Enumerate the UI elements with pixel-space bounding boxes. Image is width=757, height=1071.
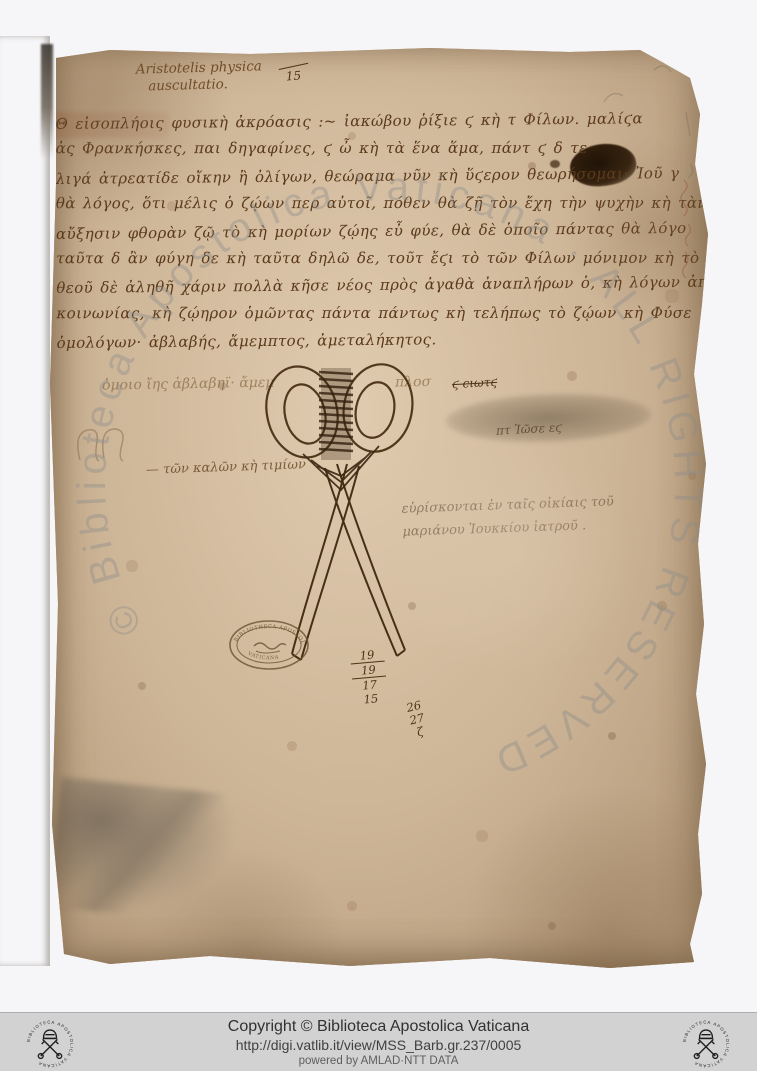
- greek-text-block: Θ εἰσοπλήοις φυσικὴ ἀκρόασις :~ ἰακώβου …: [55, 106, 674, 356]
- library-stamp: BIBLIOTHECA APOSTOLICA VATICANA: [226, 616, 312, 674]
- footer-caption: Copyright © Biblioteca Apostolica Vatica…: [228, 1017, 529, 1069]
- manuscript-page: Aristotelis physica auscultatio. 15 Θ εἰ…: [50, 44, 708, 968]
- erased-note-line2: πτ Ἰῶσε εϛ: [496, 420, 563, 437]
- latin-title-line1: Aristotelis physica: [136, 58, 262, 78]
- gutter-shadow: [41, 44, 53, 159]
- stamp-arc-bottom: VATICANA: [246, 650, 280, 661]
- greek-text-line: ταῦτα δ ἂν φύγη δε κὴ ταῦτα δηλῶ δε, τοῦ…: [56, 245, 674, 273]
- svg-text:BIBLIOTECA APOSTOLICA VATICANA: BIBLIOTECA APOSTOLICA VATICANA: [682, 1020, 731, 1069]
- greek-text-line: ἀς Φρανκήσκες, παι δηγαφίνες, ϛ ὦ κὴ τὰ …: [56, 135, 674, 163]
- location-note: εὑρίσκονται ἐν ταῖς οἰκίαις τοῦ μαριάνου…: [401, 490, 615, 543]
- greek-text-line: Θ εἰσοπλήοις φυσικὴ ἀκρόασις :~ ἰακώβου …: [55, 105, 673, 138]
- book-spine: [0, 36, 50, 966]
- charcoal-smudge: [48, 777, 241, 925]
- erased-smear: [445, 390, 652, 445]
- ghost-line-left: ὁμοιο ἴης ἀβλαβηϊ· ἄμεμ: [102, 375, 275, 394]
- greek-text-line: θὰ λόγος, ὅτι μέλις ὁ ζῴων περ αὐτοῖ, πό…: [56, 190, 674, 218]
- numeral-scribble: 2627ζ: [398, 697, 437, 742]
- shelfmark-fraction: 15: [277, 55, 309, 84]
- digitized-manuscript-viewer: Aristotelis physica auscultatio. 15 Θ εἰ…: [0, 0, 757, 1071]
- svg-text:BIBLIOTECA APOSTOLICA VATICANA: BIBLIOTECA APOSTOLICA VATICANA: [26, 1020, 75, 1069]
- greek-text-line: ὁμολόγων· ἀβλαβής, ἄμεμπτος, ἀμεταλήκητο…: [56, 324, 674, 357]
- crossed-keys-tiara-emblem: [38, 1030, 61, 1058]
- footer-powered-by: powered by AMLAD·NTT DATA: [228, 1054, 529, 1068]
- vatican-library-logo-left: BIBLIOTECA APOSTOLICA VATICANA: [25, 1019, 75, 1069]
- numeral: 15: [353, 690, 388, 707]
- crossed-keys-tiara-emblem: [694, 1030, 717, 1058]
- stamp-arc-top: BIBLIOTHECA APOSTOLICA: [226, 616, 306, 645]
- footer-copyright: Copyright © Biblioteca Apostolica Vatica…: [228, 1017, 529, 1037]
- greek-text-line: αὔξησιν φθορὰν ζῷ τὸ κὴ μορίων ζῴης εὖ φ…: [56, 215, 674, 248]
- blades: [292, 464, 405, 660]
- erased-note-line1: ϛ ϲιωτϛ: [452, 375, 498, 391]
- latin-title: Aristotelis physica auscultatio.: [136, 58, 263, 95]
- latin-title-line2: auscultatio.: [148, 75, 262, 95]
- footer-manuscript-url: http://digi.vatlib.it/view/MSS_Barb.gr.2…: [228, 1037, 529, 1055]
- pencil-loops-doodle: [70, 416, 142, 478]
- svg-text:VATICANA: VATICANA: [246, 650, 280, 661]
- chevron-binding: [303, 446, 379, 490]
- greek-text-line: λιγά ἀτρεατίδε οἴκην ἢ ὀλίγων, θεώραμα ν…: [56, 160, 674, 193]
- greek-text-line: θεοῦ δὲ ἀληθῆ χάριν πολλὰ κῆσε νέος πρὸς…: [56, 269, 674, 302]
- svg-text:BIBLIOTHECA APOSTOLICA: BIBLIOTHECA APOSTOLICA: [226, 616, 306, 645]
- left-margin-note: — τῶν καλῶν κὴ τιμίων: [146, 457, 306, 478]
- numeral-stack: 19191715: [350, 647, 389, 708]
- greek-text-line: κοινωνίας, κὴ ζῴηρον ὁμῶντας πάντα πάντω…: [56, 300, 674, 328]
- vatican-library-logo-right: BIBLIOTECA APOSTOLICA VATICANA: [681, 1019, 731, 1069]
- viewer-footer: BIBLIOTECA APOSTOLICA VATICANA Copyright…: [0, 1012, 757, 1071]
- ghost-line-right: πλοσ: [395, 374, 431, 391]
